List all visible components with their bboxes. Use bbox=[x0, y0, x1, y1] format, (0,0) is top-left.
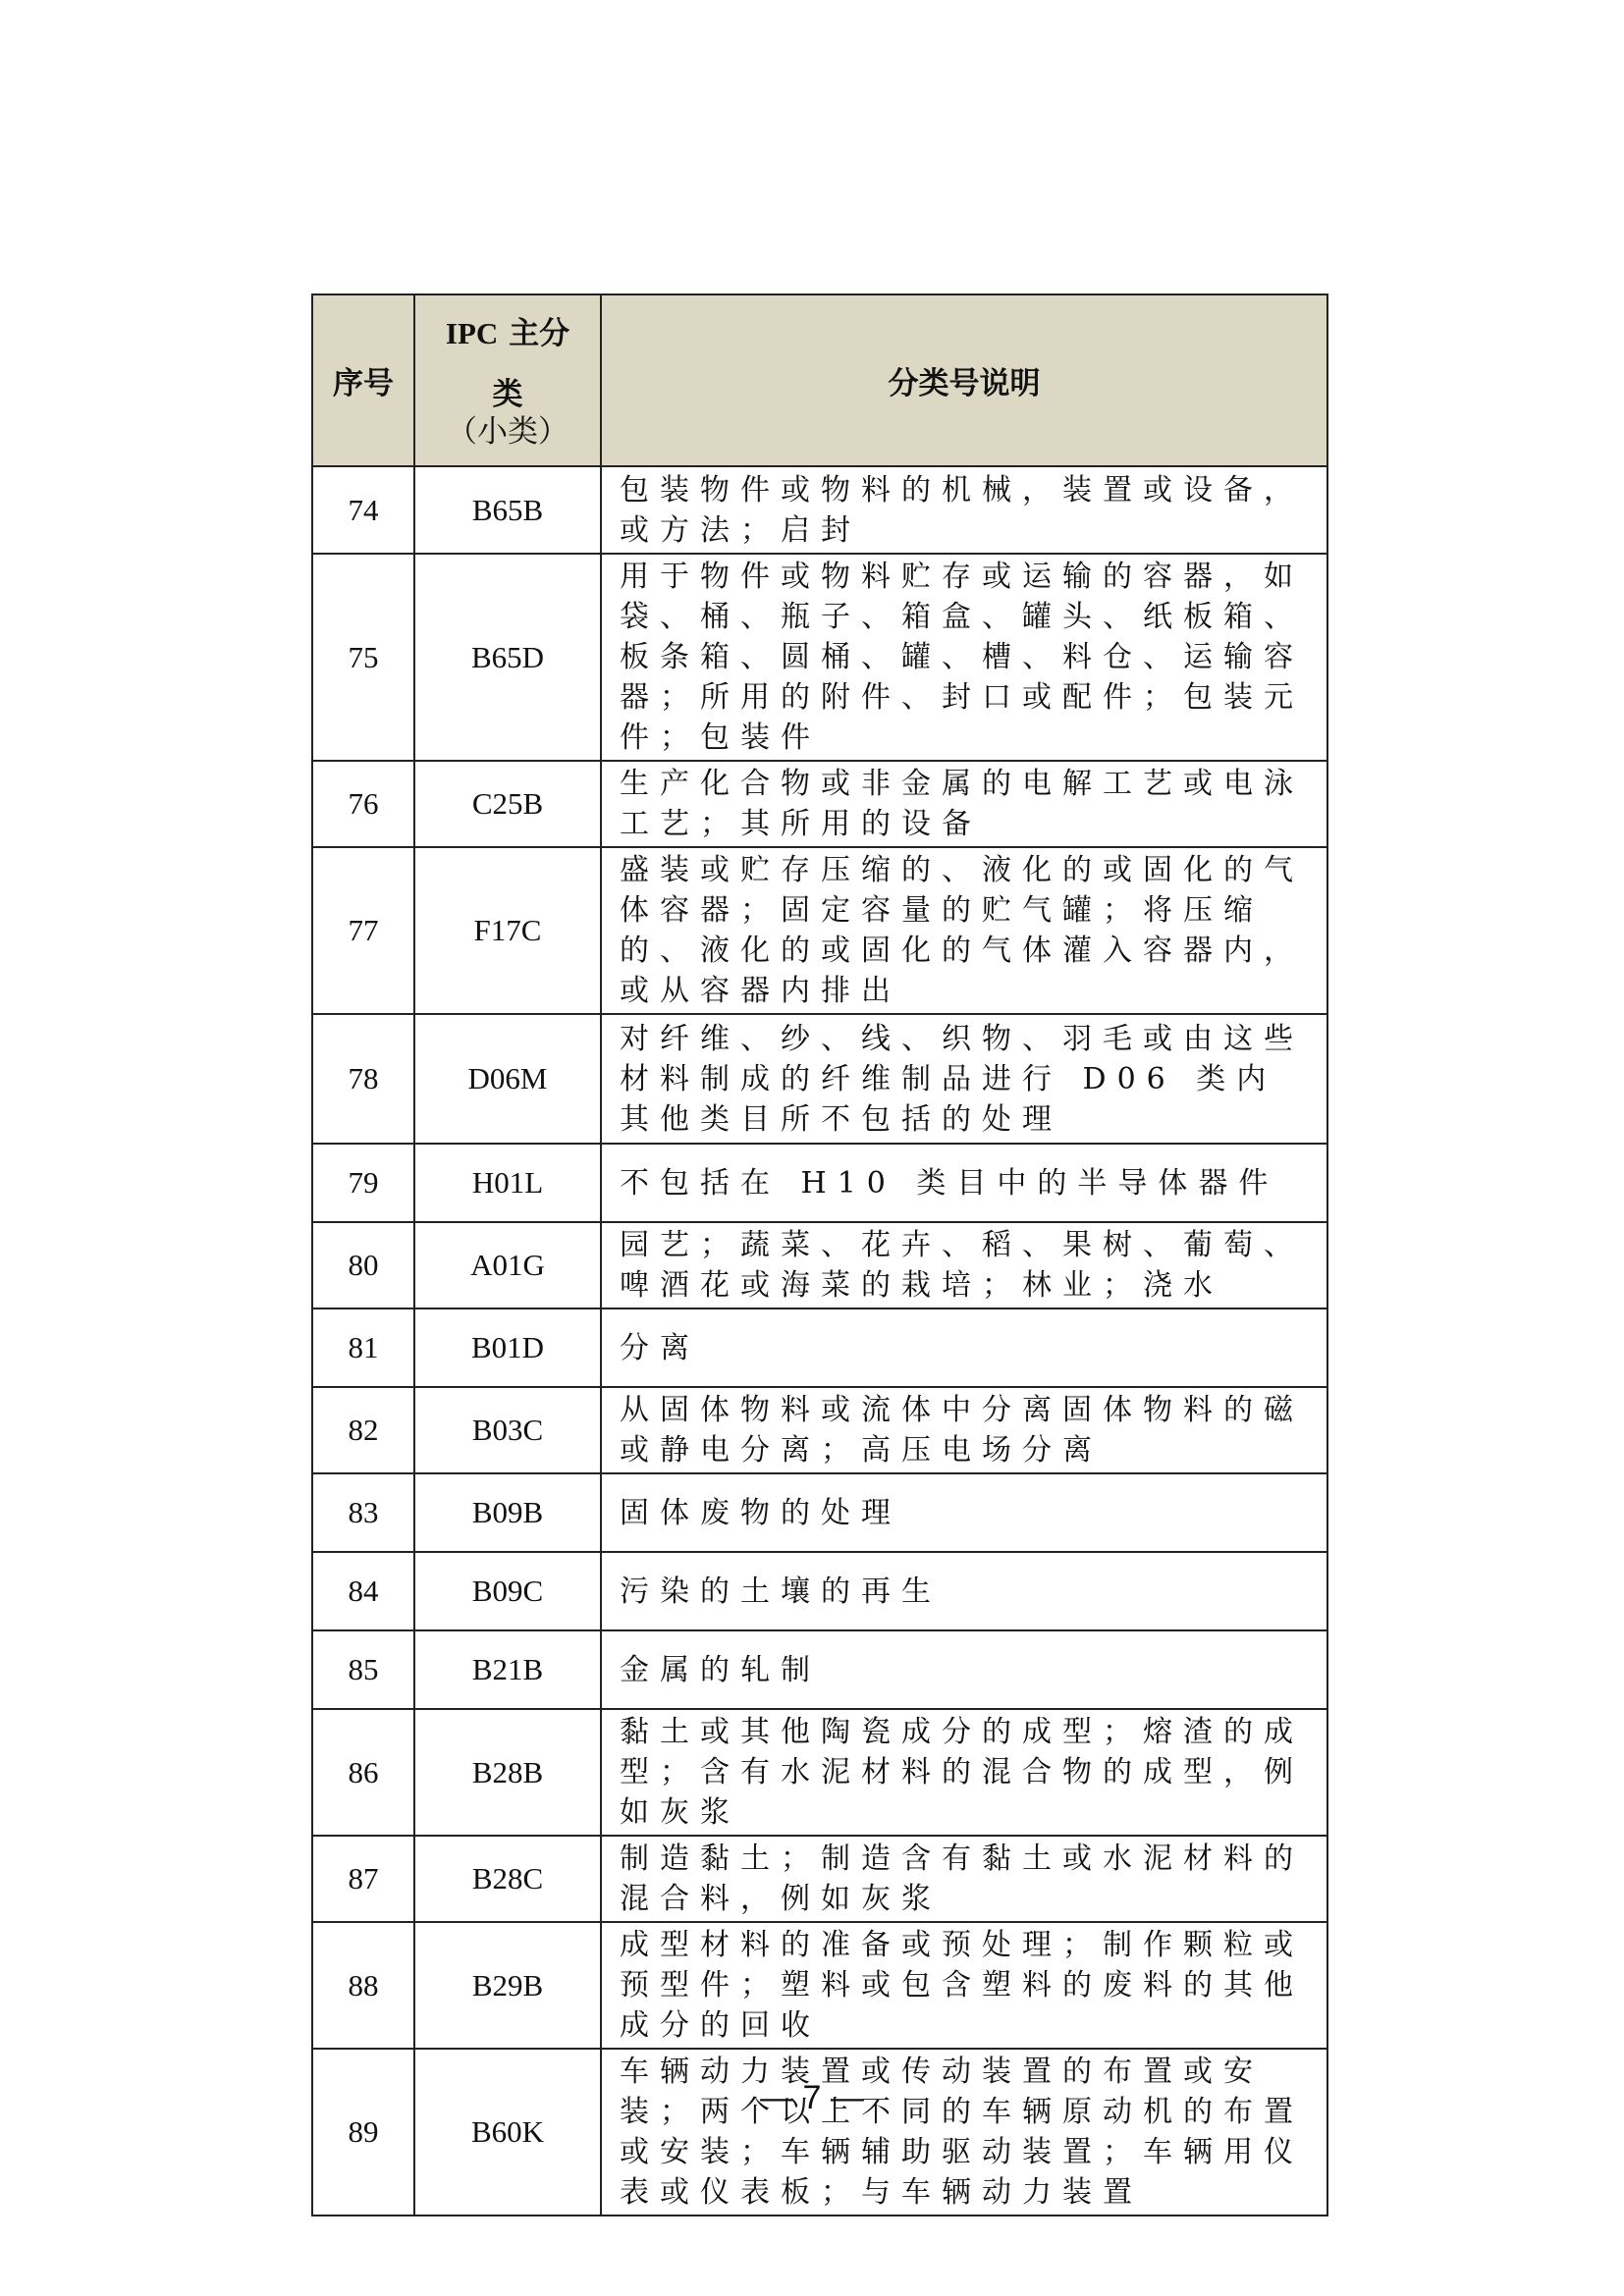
code-description: 用于物件或物料贮存或运输的容器，如袋、桶、瓶子、箱盒、罐头、纸板箱、板条箱、圆桶… bbox=[601, 554, 1327, 761]
ipc-code: B21B bbox=[414, 1630, 601, 1709]
row-number: 86 bbox=[312, 1709, 414, 1836]
code-description: 从固体物料或流体中分离固体物料的磁或静电分离；高压电场分离 bbox=[601, 1387, 1327, 1473]
ipc-code: B28B bbox=[414, 1709, 601, 1836]
code-description: 车辆动力装置或传动装置的布置或安装；两个以上不同的车辆原动机的布置或安装；车辆辅… bbox=[601, 2049, 1327, 2216]
ipc-classification-table: 序号 IPC 主分 类 （小类） 分类号说明 74 B65B 包装物件或物料的机… bbox=[311, 294, 1328, 2216]
table-row: 85 B21B 金属的轧制 bbox=[312, 1630, 1327, 1709]
ipc-code: B65B bbox=[414, 466, 601, 554]
table-row: 83 B09B 固体废物的处理 bbox=[312, 1473, 1327, 1552]
ipc-code: B29B bbox=[414, 1922, 601, 2049]
row-number: 75 bbox=[312, 554, 414, 761]
code-description: 分离 bbox=[601, 1308, 1327, 1387]
row-number: 84 bbox=[312, 1552, 414, 1630]
header-ipc-line2: 类 bbox=[415, 375, 600, 414]
row-number: 88 bbox=[312, 1922, 414, 2049]
header-ipc-cjk: 主分 bbox=[498, 316, 569, 351]
code-description: 成型材料的准备或预处理；制作颗粒或预型件；塑料或包含塑料的废料的其他成分的回收 bbox=[601, 1922, 1327, 2049]
ipc-code: B60K bbox=[414, 2049, 601, 2216]
table-row: 88 B29B 成型材料的准备或预处理；制作颗粒或预型件；塑料或包含塑料的废料的… bbox=[312, 1922, 1327, 2049]
code-description: 黏土或其他陶瓷成分的成型；熔渣的成型；含有水泥材料的混合物的成型，例如灰浆 bbox=[601, 1709, 1327, 1836]
ipc-code: B09C bbox=[414, 1552, 601, 1630]
row-number: 74 bbox=[312, 466, 414, 554]
code-description: 固体废物的处理 bbox=[601, 1473, 1327, 1552]
header-ipc: IPC 主分 类 （小类） bbox=[414, 294, 601, 466]
row-number: 80 bbox=[312, 1222, 414, 1308]
table-row: 86 B28B 黏土或其他陶瓷成分的成型；熔渣的成型；含有水泥材料的混合物的成型… bbox=[312, 1709, 1327, 1836]
table-row: 78 D06M 对纤维、纱、线、织物、羽毛或由这些材料制成的纤维制品进行 D06… bbox=[312, 1014, 1327, 1144]
page-number: — 7 — bbox=[0, 2079, 1624, 2117]
row-number: 83 bbox=[312, 1473, 414, 1552]
ipc-code: C25B bbox=[414, 761, 601, 847]
table-row: 81 B01D 分离 bbox=[312, 1308, 1327, 1387]
ipc-code: B01D bbox=[414, 1308, 601, 1387]
code-description: 金属的轧制 bbox=[601, 1630, 1327, 1709]
row-number: 85 bbox=[312, 1630, 414, 1709]
table-header-row: 序号 IPC 主分 类 （小类） 分类号说明 bbox=[312, 294, 1327, 466]
ipc-code: H01L bbox=[414, 1144, 601, 1222]
ipc-code: A01G bbox=[414, 1222, 601, 1308]
ipc-code: B65D bbox=[414, 554, 601, 761]
table-row: 89 B60K 车辆动力装置或传动装置的布置或安装；两个以上不同的车辆原动机的布… bbox=[312, 2049, 1327, 2216]
header-ipc-line3: （小类） bbox=[415, 414, 600, 450]
table-row: 74 B65B 包装物件或物料的机械，装置或设备，或方法；启封 bbox=[312, 466, 1327, 554]
row-number: 79 bbox=[312, 1144, 414, 1222]
row-number: 81 bbox=[312, 1308, 414, 1387]
header-seq: 序号 bbox=[312, 294, 414, 466]
ipc-code: B09B bbox=[414, 1473, 601, 1552]
table-row: 84 B09C 污染的土壤的再生 bbox=[312, 1552, 1327, 1630]
table-row: 76 C25B 生产化合物或非金属的电解工艺或电泳工艺；其所用的设备 bbox=[312, 761, 1327, 847]
code-description: 园艺；蔬菜、花卉、稻、果树、葡萄、啤酒花或海菜的栽培；林业；浇水 bbox=[601, 1222, 1327, 1308]
ipc-code: B03C bbox=[414, 1387, 601, 1473]
header-ipc-latin: IPC bbox=[446, 316, 498, 350]
header-description: 分类号说明 bbox=[601, 294, 1327, 466]
row-number: 77 bbox=[312, 847, 414, 1014]
row-number: 89 bbox=[312, 2049, 414, 2216]
table-row: 77 F17C 盛装或贮存压缩的、液化的或固化的气体容器；固定容量的贮气罐；将压… bbox=[312, 847, 1327, 1014]
row-number: 78 bbox=[312, 1014, 414, 1144]
row-number: 76 bbox=[312, 761, 414, 847]
code-description: 盛装或贮存压缩的、液化的或固化的气体容器；固定容量的贮气罐；将压缩的、液化的或固… bbox=[601, 847, 1327, 1014]
code-description: 污染的土壤的再生 bbox=[601, 1552, 1327, 1630]
table-row: 82 B03C 从固体物料或流体中分离固体物料的磁或静电分离；高压电场分离 bbox=[312, 1387, 1327, 1473]
code-description: 对纤维、纱、线、织物、羽毛或由这些材料制成的纤维制品进行 D06 类内其他类目所… bbox=[601, 1014, 1327, 1144]
table-row: 79 H01L 不包括在 H10 类目中的半导体器件 bbox=[312, 1144, 1327, 1222]
row-number: 82 bbox=[312, 1387, 414, 1473]
code-description: 包装物件或物料的机械，装置或设备，或方法；启封 bbox=[601, 466, 1327, 554]
code-description: 生产化合物或非金属的电解工艺或电泳工艺；其所用的设备 bbox=[601, 761, 1327, 847]
row-number: 87 bbox=[312, 1836, 414, 1922]
table-row: 75 B65D 用于物件或物料贮存或运输的容器，如袋、桶、瓶子、箱盒、罐头、纸板… bbox=[312, 554, 1327, 761]
ipc-code: F17C bbox=[414, 847, 601, 1014]
table-row: 87 B28C 制造黏土；制造含有黏土或水泥材料的混合料，例如灰浆 bbox=[312, 1836, 1327, 1922]
ipc-code: B28C bbox=[414, 1836, 601, 1922]
code-description: 制造黏土；制造含有黏土或水泥材料的混合料，例如灰浆 bbox=[601, 1836, 1327, 1922]
code-description: 不包括在 H10 类目中的半导体器件 bbox=[601, 1144, 1327, 1222]
ipc-code: D06M bbox=[414, 1014, 601, 1144]
table-row: 80 A01G 园艺；蔬菜、花卉、稻、果树、葡萄、啤酒花或海菜的栽培；林业；浇水 bbox=[312, 1222, 1327, 1308]
